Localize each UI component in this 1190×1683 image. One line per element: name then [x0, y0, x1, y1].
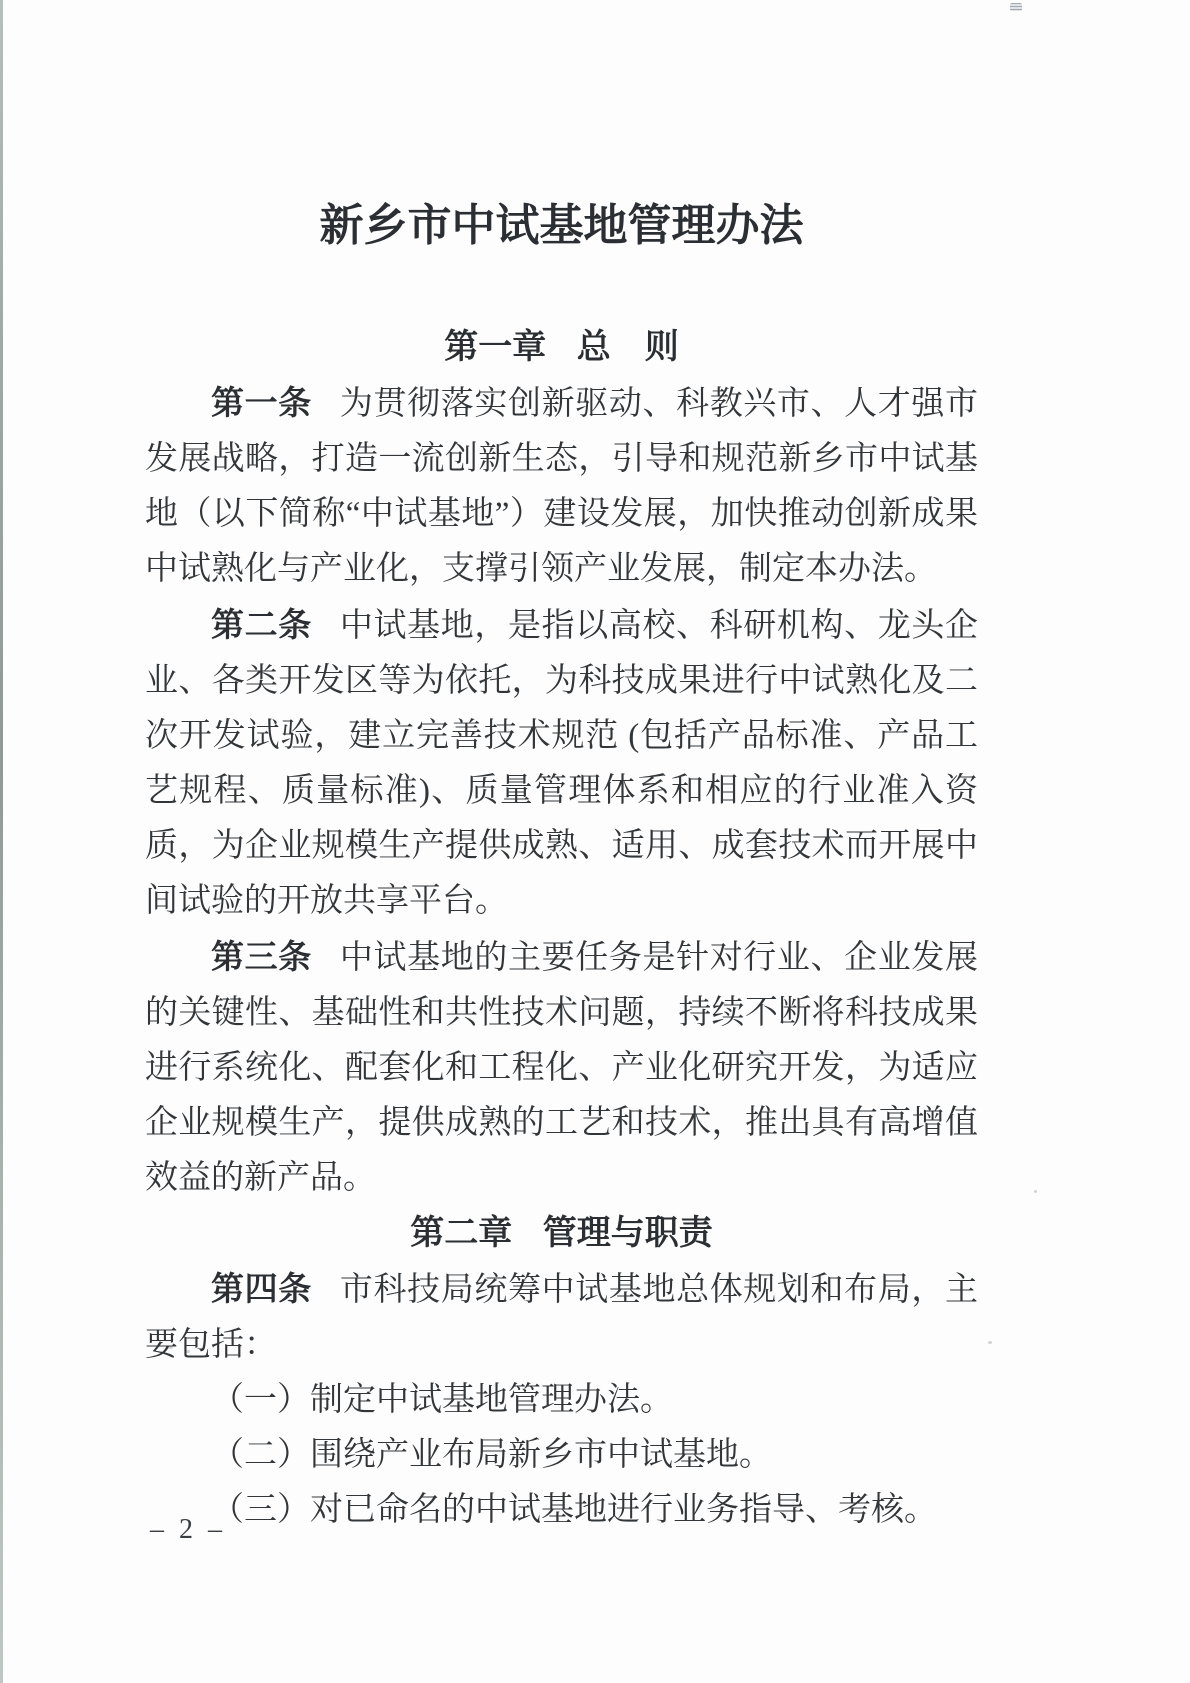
article-3-paragraph: 第三条中试基地的主要任务是针对行业、企业发展的关键性、基础性和共性技术问题，持续… — [145, 929, 978, 1206]
article-3-label: 第三条 — [211, 938, 312, 975]
document-title: 新乡市中试基地管理办法 — [145, 196, 978, 256]
article-2-text: 中试基地，是指以高校、科研机构、龙头企业、各类开发区等为依托，为科技成果进行中试… — [145, 608, 978, 919]
list-item-2: （二）围绕产业布局新乡市中试基地。 — [145, 1428, 978, 1483]
article-2-label: 第二条 — [211, 606, 312, 643]
document-body: 第一章总 则 第一条为贯彻落实创新驱动、科教兴市、人才强市发展战略，打造一流创新… — [145, 320, 978, 1538]
chapter-2-number: 第二章 — [410, 1214, 512, 1252]
article-3-text: 中试基地的主要任务是针对行业、企业发展的关键性、基础性和共性技术问题，持续不断将… — [145, 940, 978, 1196]
list-item-1: （一）制定中试基地管理办法。 — [145, 1373, 978, 1428]
chapter-2-heading: 第二章管理与职责 — [145, 1206, 978, 1261]
chapter-1-number: 第一章 — [444, 328, 546, 366]
scanned-document-page: 新乡市中试基地管理办法 第一章总 则 第一条为贯彻落实创新驱动、科教兴市、人才强… — [0, 0, 1190, 1683]
article-4-label: 第四条 — [211, 1270, 312, 1307]
article-1-label: 第一条 — [211, 384, 312, 421]
scan-edge-artifact — [0, 0, 3, 1683]
chapter-1-name: 总 则 — [577, 328, 679, 366]
chapter-2-name: 管理与职责 — [543, 1214, 713, 1252]
page-number: – 2 – — [150, 1514, 226, 1546]
article-1-paragraph: 第一条为贯彻落实创新驱动、科教兴市、人才强市发展战略，打造一流创新生态，引导和规… — [145, 375, 978, 597]
chapter-1-heading: 第一章总 则 — [145, 320, 978, 375]
scan-smudge — [1034, 1190, 1037, 1193]
list-item-3: （三）对已命名的中试基地进行业务指导、考核。 — [145, 1483, 978, 1538]
scan-smudge — [988, 1341, 992, 1344]
article-2-paragraph: 第二条中试基地，是指以高校、科研机构、龙头企业、各类开发区等为依托，为科技成果进… — [145, 597, 978, 929]
scan-speck — [1010, 3, 1022, 11]
article-4-paragraph: 第四条市科技局统筹中试基地总体规划和布局，主要包括： — [145, 1261, 978, 1373]
